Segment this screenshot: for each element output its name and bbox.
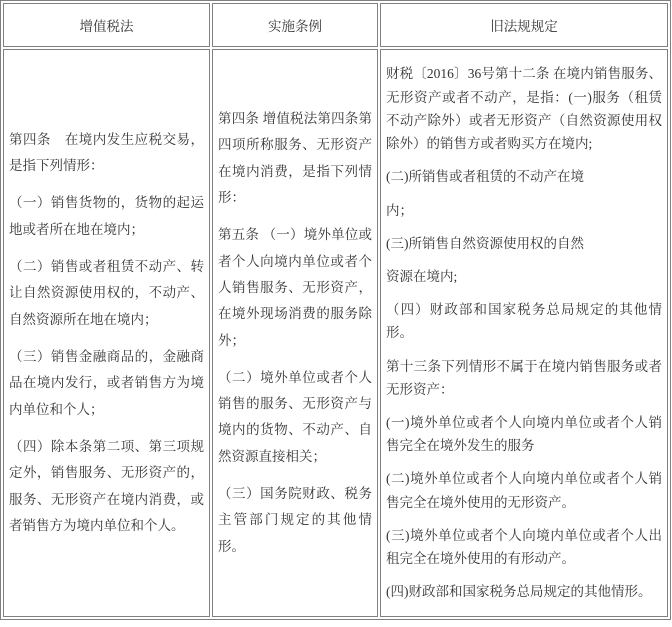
paragraph: (二)所销售或者租赁的不动产在境 (386, 165, 662, 188)
paragraph: (三)所销售自然资源使用权的自然 (386, 232, 662, 255)
paragraph: （三）销售金融商品的，金融商品在境内发行，或者销售方为境内单位和个人； (9, 344, 204, 423)
header-vat-law: 增值税法 (3, 3, 210, 47)
law-comparison-document: 增值税法 实施条例 旧法规规定 第四条 在境内发生应税交易，是指下列情形：（一）… (0, 0, 672, 627)
paragraph: 第五条 （一）境外单位或者个人向境内单位或者个人销售服务、无形资产，在境外现场消… (218, 222, 372, 354)
paragraph: （二）销售或者租赁不动产、转让自然资源使用权的，不动产、自然资源所在地在境内； (9, 254, 204, 333)
paragraph: 内； (386, 199, 662, 222)
paragraph: 财税〔2016〕36号第十二条 在境内销售服务、无形资产或者不动产，是指：(一)… (386, 62, 662, 155)
paragraph: (二)境外单位或者个人向境内单位或者个人销售完全在境外使用的无形资产。 (386, 467, 662, 513)
paragraph: (四)财政部和国家税务总局规定的其他情形。 (386, 580, 662, 603)
header-old-regulations: 旧法规规定 (380, 3, 668, 47)
paragraph: （四）除本条第二项、第三项规定外，销售服务、无形资产的，服务、无形资产在境内消费… (9, 434, 204, 539)
cell-implementation-regulations: 第四条 增值税法第四条第四项所称服务、无形资产在境内消费，是指下列情形：第五条 … (212, 49, 378, 617)
paragraph: （四）财政部和国家税务总局规定的其他情形。 (386, 298, 662, 344)
cell-old-regulations: 财税〔2016〕36号第十二条 在境内销售服务、无形资产或者不动产，是指：(一)… (380, 49, 668, 617)
paragraph: （二）境外单位或者个人销售的服务、无形资产与境内的货物、不动产、自然资源直接相关… (218, 365, 372, 470)
paragraph: 第四条 在境内发生应税交易，是指下列情形： (9, 127, 204, 180)
content-row: 第四条 在境内发生应税交易，是指下列情形：（一）销售货物的，货物的起运地或者所在… (3, 49, 668, 617)
paragraph: 第十三条下列情形不属于在境内销售服务或者无形资产： (386, 355, 662, 401)
header-row: 增值税法 实施条例 旧法规规定 (3, 3, 668, 47)
paragraph: (一)境外单位或者个人向境内单位或者个人销售完全在境外发生的服务 (386, 411, 662, 457)
paragraph: 第四条 增值税法第四条第四项所称服务、无形资产在境内消费，是指下列情形： (218, 106, 372, 211)
header-implementation-regulations: 实施条例 (212, 3, 378, 47)
comparison-table: 增值税法 实施条例 旧法规规定 第四条 在境内发生应税交易，是指下列情形：（一）… (0, 0, 671, 620)
paragraph: （一）销售货物的，货物的起运地或者所在地在境内； (9, 190, 204, 243)
cell-vat-law: 第四条 在境内发生应税交易，是指下列情形：（一）销售货物的，货物的起运地或者所在… (3, 49, 210, 617)
paragraph: (三)境外单位或者个人向境内单位或者个人出租完全在境外使用的有形动产。 (386, 524, 662, 570)
paragraph: （三）国务院财政、税务主管部门规定的其他情形。 (218, 481, 372, 560)
paragraph: 资源在境内; (386, 265, 662, 288)
